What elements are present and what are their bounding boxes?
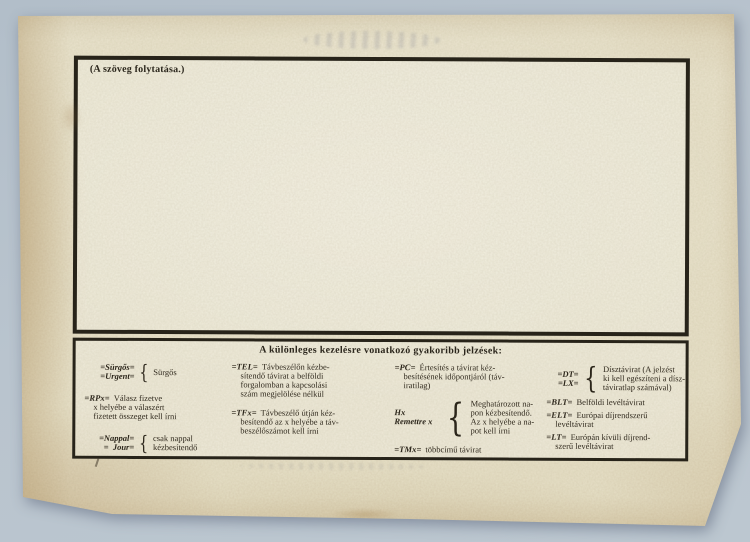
legend-entry-elt: =ELT=Európai díjrendszerű levéltávirat [546, 411, 686, 430]
ink-bleed-mark [303, 31, 441, 50]
legend-title: A különleges kezelésre vonatkozó gyakori… [76, 344, 686, 358]
legend-column-2: =TEL=Távbeszélőn kézbe- sítendő távirat … [231, 362, 393, 436]
legend-box: A különleges kezelésre vonatkozó gyakori… [72, 338, 689, 462]
legend-column-1: =Sürgős==Urgent= { Sürgős =RPx=Válasz fi… [84, 362, 230, 454]
legend-entry-tmx: =TMx=többcímű távirat [394, 445, 546, 455]
brace-icon: { [447, 398, 465, 436]
brace-icon: { [584, 364, 597, 393]
entry-codes: =DT==LX= [546, 369, 578, 387]
entry-codes: HxRemettre x [394, 408, 440, 426]
entry-first-line: =BLT=Belföldi levéltávirat [546, 398, 686, 408]
legend-entry-tel: =TEL=Távbeszélőn kézbe- sítendő távirat … [231, 362, 393, 399]
entry-text: csak nappalkézbesítendő [153, 434, 230, 452]
entry-code: =BLT= [546, 397, 576, 407]
form-content: (A szöveg folytatása.) A különleges keze… [0, 0, 750, 542]
text-continuation-box: (A szöveg folytatása.) [73, 56, 690, 337]
entry-text: Belföldi levéltávirat [577, 397, 645, 407]
entry-codes: =Nappal== Jour= [84, 434, 134, 452]
continuation-note: (A szöveg folytatása.) [90, 64, 185, 75]
legend-entry-blt: =BLT=Belföldi levéltávirat [546, 398, 686, 408]
pen-mark [95, 458, 99, 467]
brace-icon: { [139, 433, 148, 453]
entry-first-line: =TMx=többcímű távirat [394, 445, 546, 455]
entry-continuation: besítendő az x helyébe a táv-beszélőszám… [231, 417, 393, 436]
entry-code: =TMx= [394, 444, 425, 454]
legend-column-4: =DT==LX= { Dísztávirat (A jelzéstki kell… [546, 364, 686, 452]
legend-column-3: =PC=Értesítés a távirat kéz- besítésének… [394, 363, 546, 455]
legend-entry-dt-lx: =DT==LX= { Dísztávirat (A jelzéstki kell… [546, 364, 686, 394]
entry-text: többcímű távirat [425, 444, 481, 454]
entry-continuation: x helyébe a válaszértfizetett összeget k… [84, 403, 230, 422]
legend-entry-tfx: =TFx=Távbeszélő útján kéz- besítendő az … [231, 408, 393, 436]
paper-stain [60, 100, 82, 134]
entry-continuation: szerű levéltávirat [546, 442, 686, 452]
entry-continuation: levéltávirat [546, 420, 686, 430]
legend-entry-rpx: =RPx=Válasz fizetve x helyébe a válaszér… [84, 394, 230, 422]
entry-text: Meghatározott na-pon kézbesítendő.Az x h… [470, 399, 546, 435]
legend-entry-pc: =PC=Értesítés a távirat kéz- besítésének… [394, 363, 546, 391]
ink-bleed-mark [239, 462, 429, 470]
entry-text: Dísztávirat (A jelzéstki kell egészíteni… [603, 365, 687, 392]
entry-continuation: sítendő távirat a belföldiforgalomban a … [231, 371, 393, 399]
paper-stain [330, 508, 400, 521]
legend-entry-nappal: =Nappal== Jour= { csak nappalkézbesítend… [84, 433, 230, 454]
brace-icon: { [139, 362, 148, 382]
entry-text: Sürgős [153, 368, 230, 377]
photo-background: (A szöveg folytatása.) A különleges keze… [0, 0, 750, 542]
entry-continuation: besítésének időpontjáról (táv-iratilag) [394, 372, 546, 391]
legend-entry-lt: =LT=Európán kívüli díjrend- szerű levélt… [546, 433, 686, 452]
legend-entry-hx-remettre: HxRemettre x { Meghatározott na-pon kézb… [394, 398, 546, 437]
legend-entry-surgos: =Sürgős==Urgent= { Sürgős [85, 362, 231, 383]
entry-codes: =Sürgős==Urgent= [85, 363, 135, 381]
paper-sheet: (A szöveg folytatása.) A különleges keze… [0, 0, 750, 542]
